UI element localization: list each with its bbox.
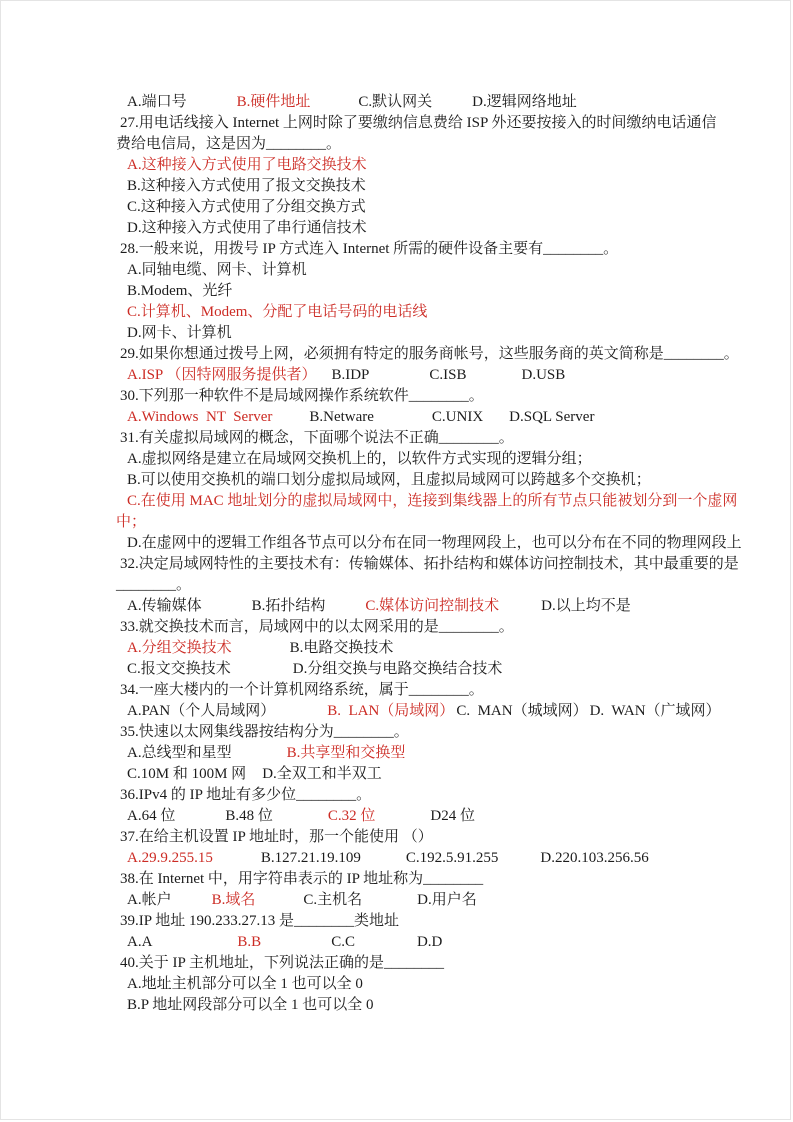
question-line: 27.用电话线接入 Internet 上网时除了要缴纳信息费给 ISP 外还要按… bbox=[1, 113, 790, 134]
option-line: C.这种接入方式使用了分组交换方式 bbox=[1, 197, 790, 218]
answer-highlight-segment: B.B bbox=[237, 932, 261, 953]
text-segment: 费给电信局，这是因为________。 bbox=[116, 134, 341, 155]
text-segment: A.地址主机部分可以全 1 也可以全 0 bbox=[127, 974, 363, 995]
option-line: B.可以使用交换机的端口划分虚拟局域网，且虚拟局域网可以跨越多个交换机； bbox=[1, 470, 790, 491]
text-segment: 34.一座大楼内的一个计算机网络系统，属于________。 bbox=[120, 680, 484, 701]
text-segment: 36.IPv4 的 IP 地址有多少位________。 bbox=[120, 785, 371, 806]
answer-highlight-segment: A.ISP （因特网服务提供者） bbox=[127, 365, 316, 386]
document-lines: A.端口号B.硬件地址C.默认网关D.逻辑网络地址27.用电话线接入 Inter… bbox=[1, 92, 790, 1016]
text-segment: B.电路交换技术 bbox=[290, 638, 394, 659]
question-line: 29.如果你想通过拨号上网，必须拥有特定的服务商帐号，这些服务商的英文简称是__… bbox=[1, 344, 790, 365]
continuation-line: 中； bbox=[1, 512, 790, 533]
answer-highlight-segment: 中； bbox=[116, 512, 146, 533]
text-segment: D.SQL Server bbox=[509, 407, 594, 428]
text-segment: C.10M 和 100M 网 bbox=[127, 764, 246, 785]
option-line: A.AB.BC.CD.D bbox=[1, 932, 790, 953]
answer-highlight-segment: A.Windows NT Server bbox=[127, 407, 272, 428]
text-segment: D.全双工和半双工 bbox=[262, 764, 382, 785]
text-segment: D.USB bbox=[522, 365, 566, 386]
question-line: 31.有关虚拟局域网的概念，下面哪个说法不正确________。 bbox=[1, 428, 790, 449]
question-line: 40.关于 IP 主机地址，下列说法正确的是________ bbox=[1, 953, 790, 974]
text-segment: ________。 bbox=[116, 575, 191, 596]
question-line: 34.一座大楼内的一个计算机网络系统，属于________。 bbox=[1, 680, 790, 701]
text-segment: 30.下列那一种软件不是局域网操作系统软件________。 bbox=[120, 386, 484, 407]
option-line: A.PAN（个人局域网）B. LAN（局域网）C. MAN（城域网）D. WAN… bbox=[1, 701, 790, 722]
text-segment: D.220.103.256.56 bbox=[540, 848, 648, 869]
option-line: A.29.9.255.15B.127.21.19.109C.192.5.91.2… bbox=[1, 848, 790, 869]
text-segment: 28.一般来说，用拨号 IP 方式连入 Internet 所需的硬件设备主要有_… bbox=[120, 239, 618, 260]
question-line: 37.在给主机设置 IP 地址时，那一个能使用 （） bbox=[1, 827, 790, 848]
text-segment: A.PAN（个人局域网） bbox=[127, 701, 275, 722]
question-line: 36.IPv4 的 IP 地址有多少位________。 bbox=[1, 785, 790, 806]
text-segment: B.拓扑结构 bbox=[252, 596, 326, 617]
text-segment: D.D bbox=[417, 932, 442, 953]
answer-highlight-segment: B.域名 bbox=[212, 890, 256, 911]
text-segment: B.127.21.19.109 bbox=[261, 848, 361, 869]
answer-highlight-segment: C.计算机、Modem、分配了电话号码的电话线 bbox=[127, 302, 427, 323]
text-segment: D.分组交换与电路交换结合技术 bbox=[293, 659, 503, 680]
option-line: D.这种接入方式使用了串行通信技术 bbox=[1, 218, 790, 239]
text-segment: C.UNIX bbox=[432, 407, 483, 428]
text-segment: C.主机名 bbox=[303, 890, 362, 911]
option-line: A.64 位B.48 位C.32 位D24 位 bbox=[1, 806, 790, 827]
text-segment: D.以上均不是 bbox=[541, 596, 631, 617]
text-segment: A.同轴电缆、网卡、计算机 bbox=[127, 260, 307, 281]
text-segment: C.192.5.91.255 bbox=[406, 848, 499, 869]
option-line: A.ISP （因特网服务提供者）B.IDPC.ISBD.USB bbox=[1, 365, 790, 386]
text-segment: 40.关于 IP 主机地址，下列说法正确的是________ bbox=[120, 953, 444, 974]
text-segment: A.64 位 bbox=[127, 806, 175, 827]
text-segment: 31.有关虚拟局域网的概念，下面哪个说法不正确________。 bbox=[120, 428, 514, 449]
question-line: 35.快速以太网集线器按结构分为________。 bbox=[1, 722, 790, 743]
text-segment: B.P 地址网段部分可以全 1 也可以全 0 bbox=[127, 995, 374, 1016]
option-line: A.分组交换技术B.电路交换技术 bbox=[1, 638, 790, 659]
text-segment: 27.用电话线接入 Internet 上网时除了要缴纳信息费给 ISP 外还要按… bbox=[120, 113, 717, 134]
text-segment: 35.快速以太网集线器按结构分为________。 bbox=[120, 722, 409, 743]
question-line: 30.下列那一种软件不是局域网操作系统软件________。 bbox=[1, 386, 790, 407]
question-line: 28.一般来说，用拨号 IP 方式连入 Internet 所需的硬件设备主要有_… bbox=[1, 239, 790, 260]
answer-highlight-segment: A.29.9.255.15 bbox=[127, 848, 213, 869]
text-segment: 33.就交换技术而言，局域网中的以太网采用的是________。 bbox=[120, 617, 514, 638]
text-segment: B.Modem、光纤 bbox=[127, 281, 232, 302]
text-segment: D.逻辑网络地址 bbox=[472, 92, 577, 113]
text-segment: A.帐户 bbox=[127, 890, 172, 911]
option-line: A.地址主机部分可以全 1 也可以全 0 bbox=[1, 974, 790, 995]
option-line: C.10M 和 100M 网D.全双工和半双工 bbox=[1, 764, 790, 785]
text-segment: D.网卡、计算机 bbox=[127, 323, 232, 344]
text-segment: A.A bbox=[127, 932, 152, 953]
option-line: C.报文交换技术D.分组交换与电路交换结合技术 bbox=[1, 659, 790, 680]
text-segment: B.Netware bbox=[309, 407, 374, 428]
option-line: A.传输媒体B.拓扑结构C.媒体访问控制技术D.以上均不是 bbox=[1, 596, 790, 617]
text-segment: C.这种接入方式使用了分组交换方式 bbox=[127, 197, 366, 218]
text-segment: 37.在给主机设置 IP 地址时，那一个能使用 （） bbox=[120, 827, 433, 848]
document-page: A.端口号B.硬件地址C.默认网关D.逻辑网络地址27.用电话线接入 Inter… bbox=[0, 0, 791, 1120]
option-line: B.P 地址网段部分可以全 1 也可以全 0 bbox=[1, 995, 790, 1016]
question-line: 38.在 Internet 中，用字符串表示的 IP 地址称为________ bbox=[1, 869, 790, 890]
answer-highlight-segment: A.分组交换技术 bbox=[127, 638, 232, 659]
text-segment: 39.IP 地址 190.233.27.13 是________类地址 bbox=[120, 911, 399, 932]
answer-highlight-segment: B.硬件地址 bbox=[237, 92, 311, 113]
text-segment: C.报文交换技术 bbox=[127, 659, 231, 680]
text-segment: B.48 位 bbox=[225, 806, 273, 827]
option-line: A.帐户B.域名C.主机名D.用户名 bbox=[1, 890, 790, 911]
text-segment: D. WAN（广域网） bbox=[590, 701, 721, 722]
option-line: D.在虚网中的逻辑工作组各节点可以分布在同一物理网段上，也可以分布在不同的物理网… bbox=[1, 533, 790, 554]
text-segment: C.默认网关 bbox=[358, 92, 432, 113]
text-segment: C.ISB bbox=[429, 365, 466, 386]
option-line: B.Modem、光纤 bbox=[1, 281, 790, 302]
text-segment: D.这种接入方式使用了串行通信技术 bbox=[127, 218, 367, 239]
question-line: 33.就交换技术而言，局域网中的以太网采用的是________。 bbox=[1, 617, 790, 638]
option-line: A.Windows NT ServerB.NetwareC.UNIXD.SQL … bbox=[1, 407, 790, 428]
option-line: C.在使用 MAC 地址划分的虚拟局域网中，连接到集线器上的所有节点只能被划分到… bbox=[1, 491, 790, 512]
question-line: 39.IP 地址 190.233.27.13 是________类地址 bbox=[1, 911, 790, 932]
answer-highlight-segment: A.这种接入方式使用了电路交换技术 bbox=[127, 155, 367, 176]
answer-highlight-segment: C.媒体访问控制技术 bbox=[365, 596, 499, 617]
text-segment: A.总线型和星型 bbox=[127, 743, 232, 764]
option-line: B.这种接入方式使用了报文交换技术 bbox=[1, 176, 790, 197]
continuation-line: ________。 bbox=[1, 575, 790, 596]
text-segment: 38.在 Internet 中，用字符串表示的 IP 地址称为________ bbox=[120, 869, 483, 890]
text-segment: B.这种接入方式使用了报文交换技术 bbox=[127, 176, 366, 197]
answer-highlight-segment: C.32 位 bbox=[328, 806, 376, 827]
option-line: A.虚拟网络是建立在局域网交换机上的，以软件方式实现的逻辑分组； bbox=[1, 449, 790, 470]
continuation-line: 费给电信局，这是因为________。 bbox=[1, 134, 790, 155]
text-segment: A.端口号 bbox=[127, 92, 187, 113]
option-line: A.总线型和星型B.共享型和交换型 bbox=[1, 743, 790, 764]
text-segment: 29.如果你想通过拨号上网，必须拥有特定的服务商帐号，这些服务商的英文简称是__… bbox=[120, 344, 739, 365]
text-segment: C. MAN（城域网） bbox=[456, 701, 587, 722]
answer-highlight-segment: B. LAN（局域网） bbox=[327, 701, 454, 722]
option-line: A.这种接入方式使用了电路交换技术 bbox=[1, 155, 790, 176]
answer-highlight-segment: C.在使用 MAC 地址划分的虚拟局域网中，连接到集线器上的所有节点只能被划分到… bbox=[127, 491, 737, 512]
text-segment: D24 位 bbox=[430, 806, 475, 827]
option-line: A.同轴电缆、网卡、计算机 bbox=[1, 260, 790, 281]
option-line: A.端口号B.硬件地址C.默认网关D.逻辑网络地址 bbox=[1, 92, 790, 113]
text-segment: A.虚拟网络是建立在局域网交换机上的，以软件方式实现的逻辑分组； bbox=[127, 449, 592, 470]
option-line: D.网卡、计算机 bbox=[1, 323, 790, 344]
text-segment: C.C bbox=[331, 932, 355, 953]
text-segment: B.IDP bbox=[331, 365, 369, 386]
question-line: 32.决定局域网特性的主要技术有：传输媒体、拓扑结构和媒体访问控制技术，其中最重… bbox=[1, 554, 790, 575]
text-segment: A.传输媒体 bbox=[127, 596, 202, 617]
text-segment: B.可以使用交换机的端口划分虚拟局域网，且虚拟局域网可以跨越多个交换机； bbox=[127, 470, 651, 491]
text-segment: D.在虚网中的逻辑工作组各节点可以分布在同一物理网段上，也可以分布在不同的物理网… bbox=[127, 533, 742, 554]
option-line: C.计算机、Modem、分配了电话号码的电话线 bbox=[1, 302, 790, 323]
answer-highlight-segment: B.共享型和交换型 bbox=[287, 743, 406, 764]
text-segment: 32.决定局域网特性的主要技术有：传输媒体、拓扑结构和媒体访问控制技术，其中最重… bbox=[120, 554, 739, 575]
text-segment: D.用户名 bbox=[417, 890, 477, 911]
